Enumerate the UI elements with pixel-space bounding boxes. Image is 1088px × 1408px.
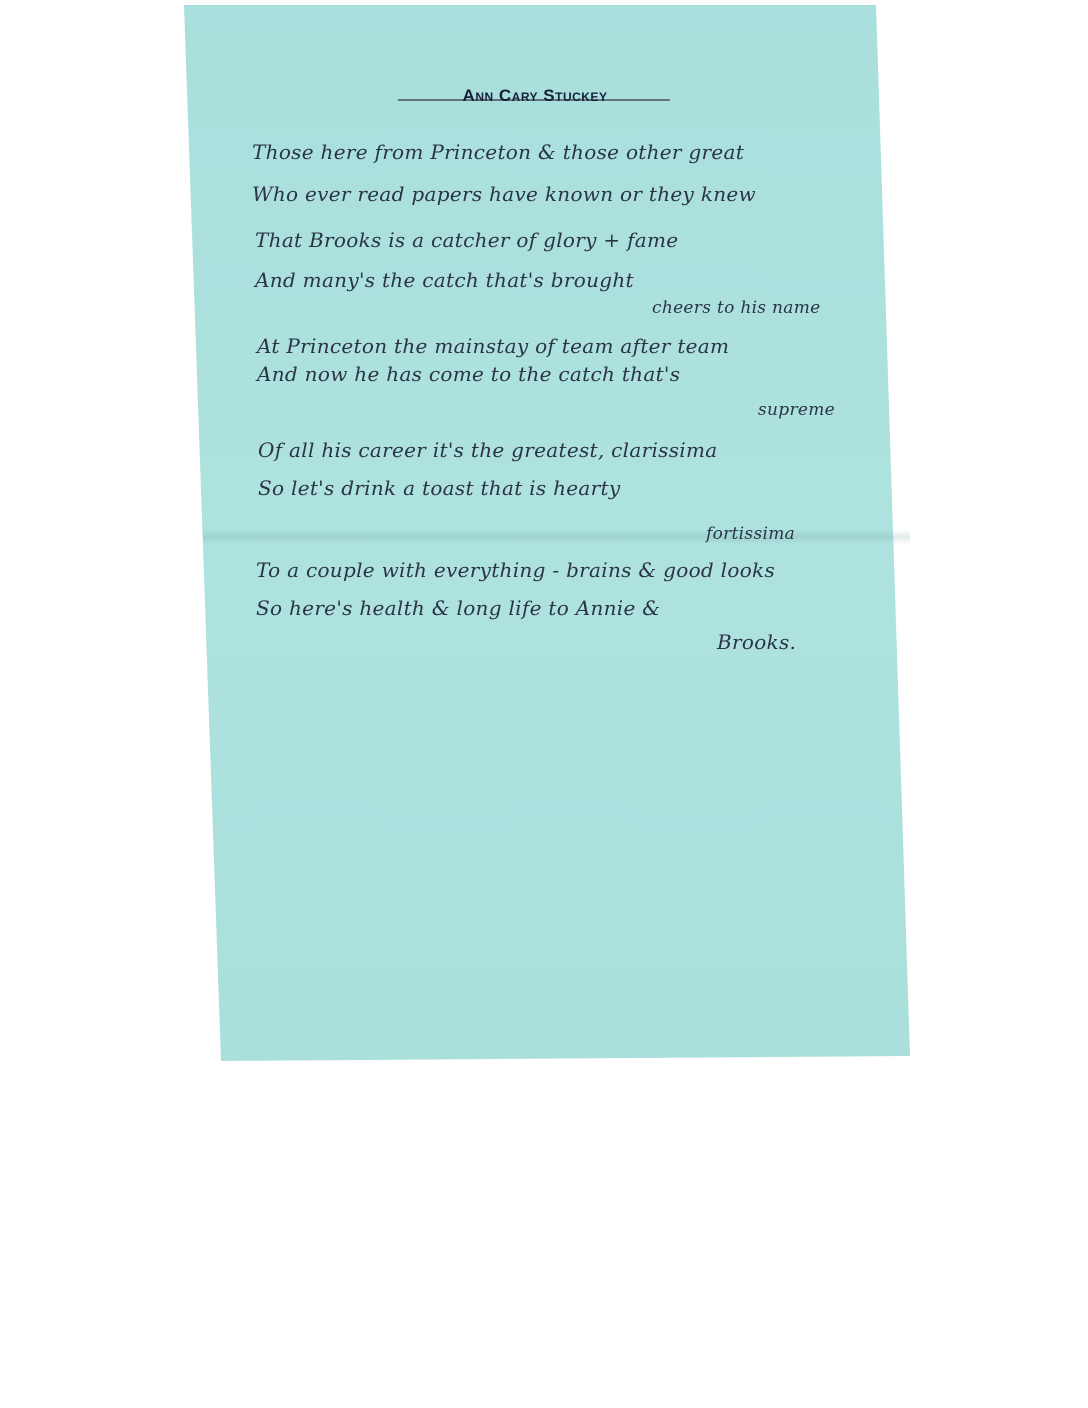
handwritten-line: Of all his career it's the greatest, cla… <box>258 438 717 462</box>
handwritten-line: That Brooks is a catcher of glory + fame <box>255 228 678 252</box>
handwritten-line: At Princeton the mainstay of team after … <box>257 334 729 358</box>
handwritten-line: Who ever read papers have known or they … <box>252 182 756 206</box>
letter-page: Ann Cary Stuckey Those here from Princet… <box>0 0 1088 1408</box>
handwritten-line-continuation: supreme <box>758 400 835 420</box>
letterhead: Ann Cary Stuckey <box>405 86 665 106</box>
handwritten-signature-line: Brooks. <box>717 630 796 654</box>
handwritten-line: So here's health & long life to Annie & <box>256 596 660 620</box>
handwritten-line: To a couple with everything - brains & g… <box>256 558 775 582</box>
handwritten-line: Those here from Princeton & those other … <box>252 140 744 164</box>
blue-paper-sheet <box>0 0 1088 1408</box>
handwritten-line: So let's drink a toast that is hearty <box>258 476 620 500</box>
handwritten-line: And now he has come to the catch that's <box>257 362 680 386</box>
handwritten-line-continuation: fortissima <box>706 524 795 544</box>
paper-fold-crease <box>190 530 910 544</box>
handwritten-line: And many's the catch that's brought <box>255 268 634 292</box>
handwritten-line-continuation: cheers to his name <box>652 298 821 318</box>
